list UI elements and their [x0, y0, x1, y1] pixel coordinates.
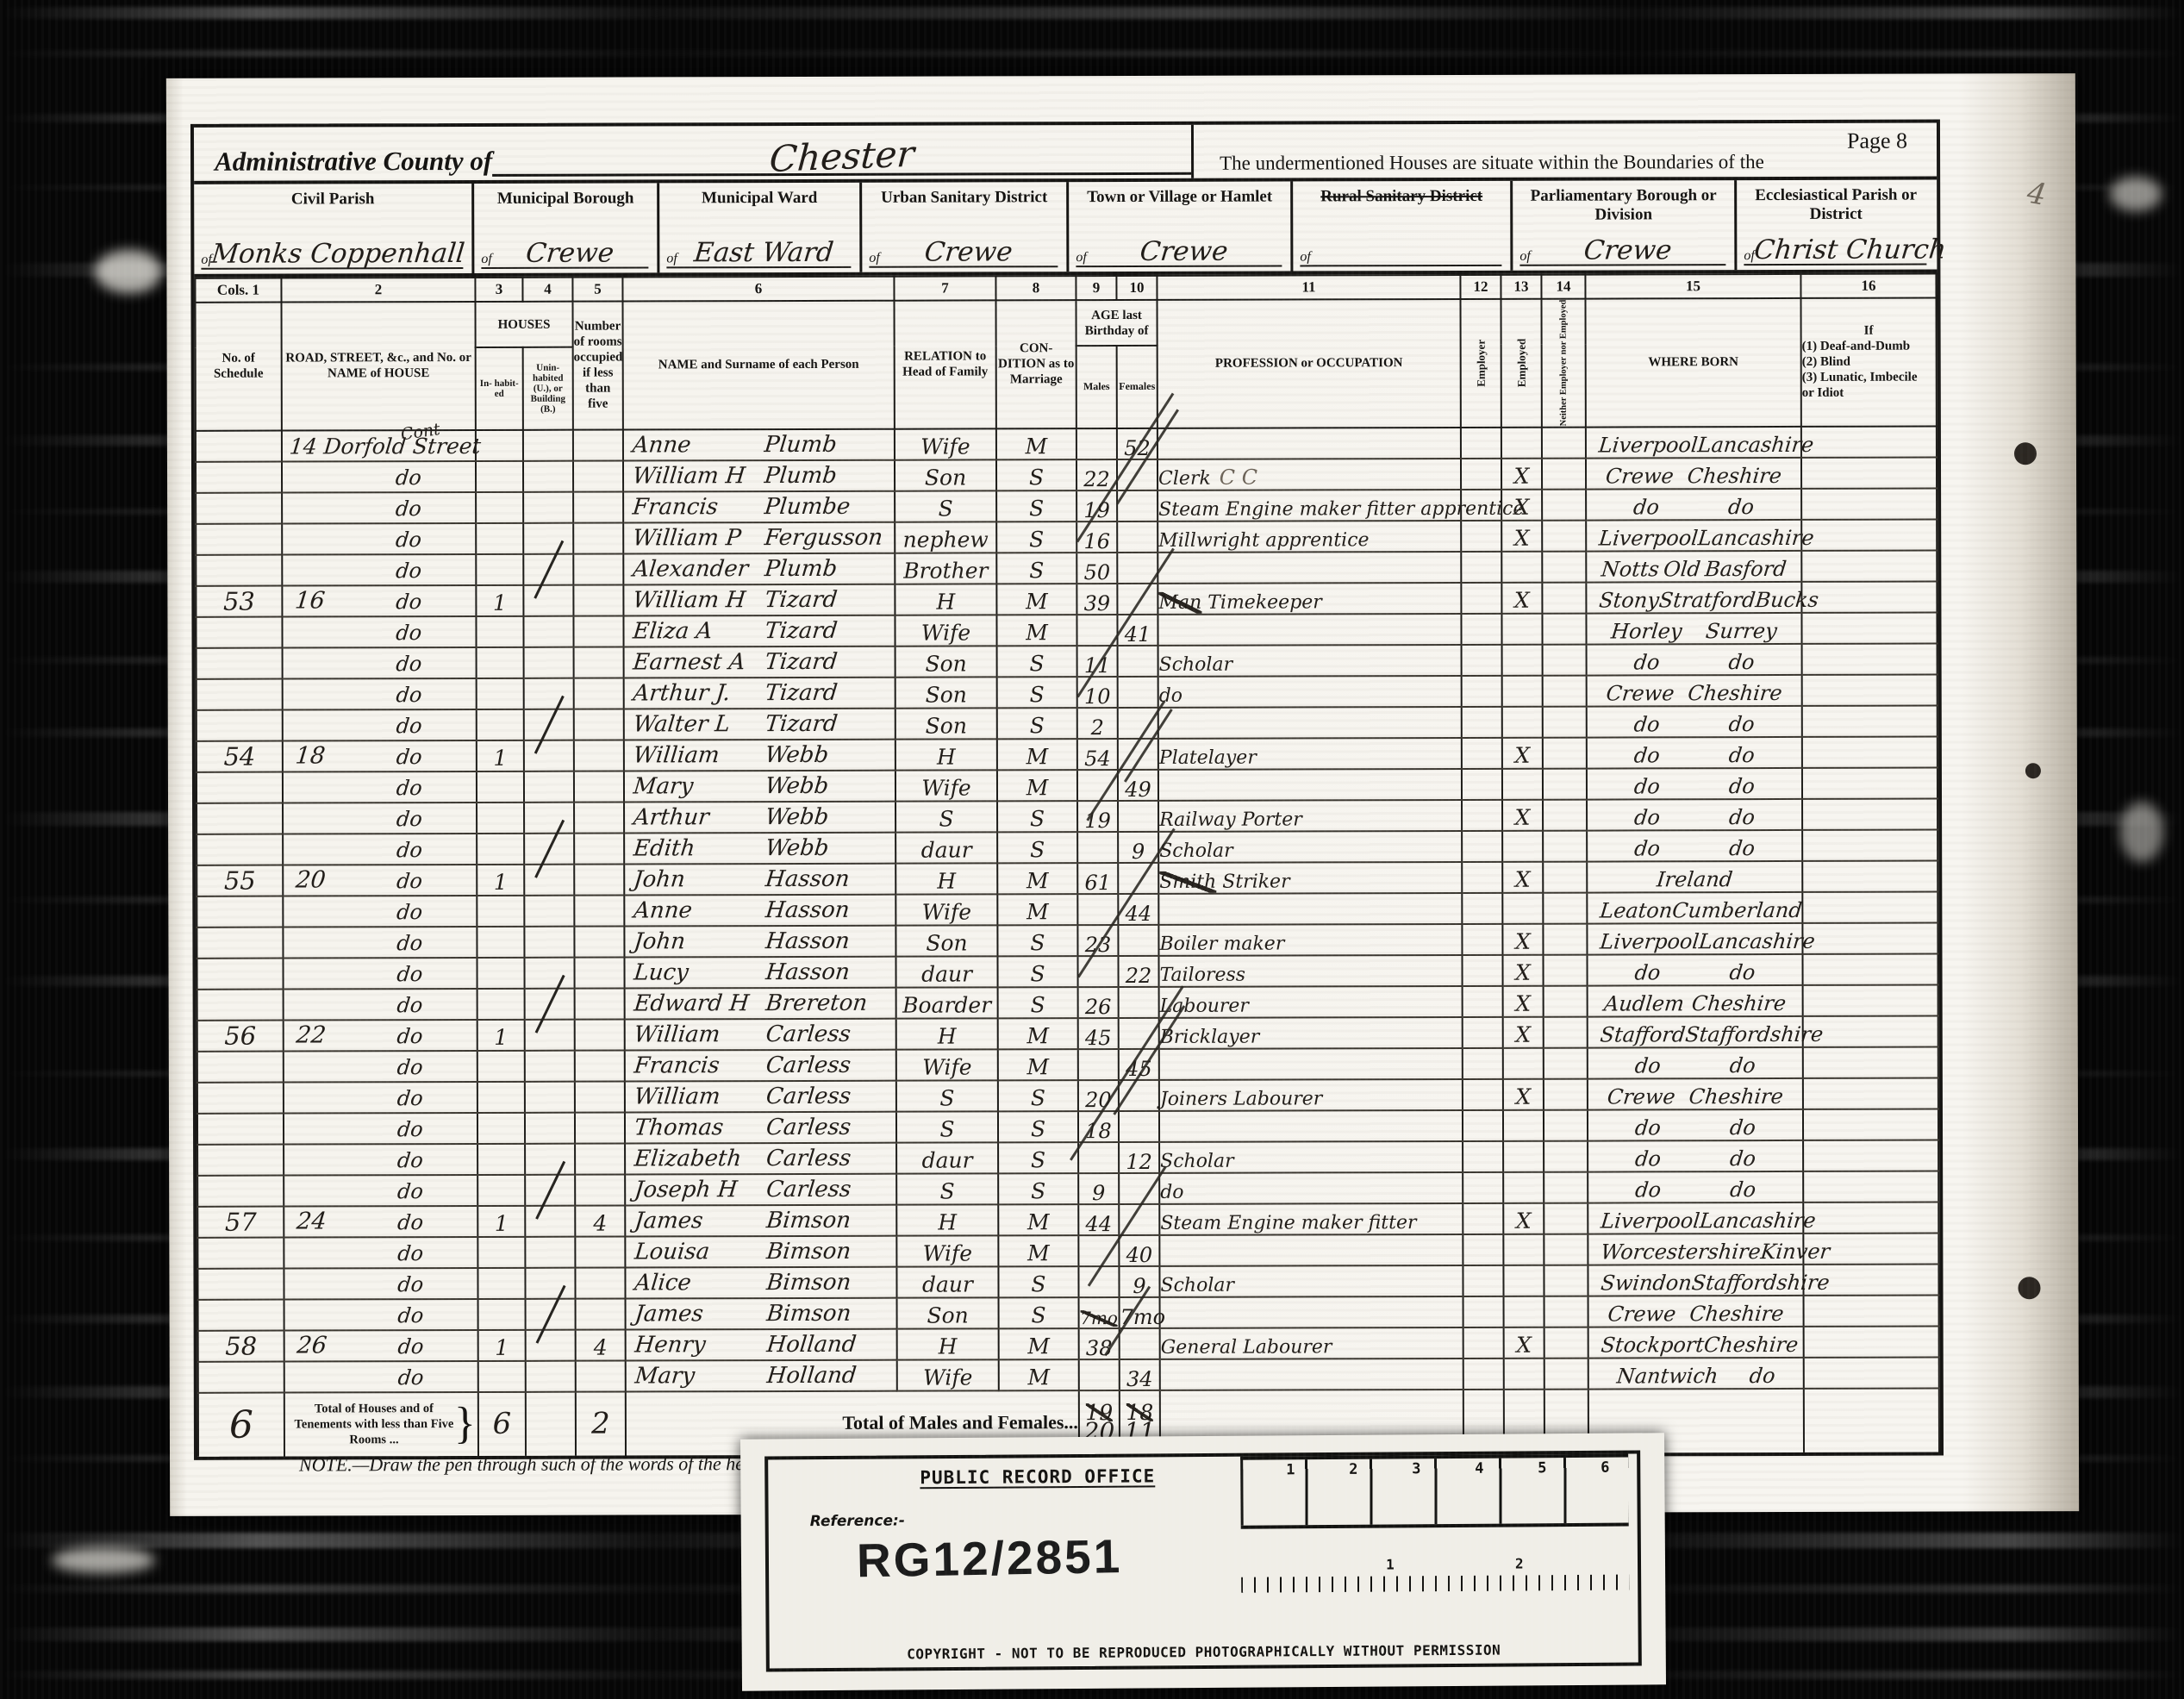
- pencil-mark: 4: [2025, 176, 2049, 213]
- column-number: 15: [1585, 274, 1800, 299]
- cell-schedule: [196, 430, 282, 461]
- cell-schedule: [197, 709, 283, 740]
- cell-infirmity: [1803, 1109, 1938, 1140]
- cell-name: AlexanderPlumb: [623, 553, 895, 584]
- of-label: of: [1300, 249, 1311, 265]
- column-headers-row: No. of ScheduleROAD, STREET, &c., and No…: [196, 298, 1937, 349]
- cell-neither: [1544, 1140, 1588, 1171]
- cell-where-born: dodo: [1588, 1109, 1803, 1141]
- cell-age-male: [1076, 615, 1117, 646]
- cell-address: 24do: [284, 1206, 477, 1238]
- cell-occupation: Steam Engine maker fitter apprentice: [1158, 490, 1461, 522]
- cell-age-male: [1077, 832, 1118, 863]
- stamp-scale-ruler: 12345612: [1240, 1454, 1629, 1595]
- ruler-inch-number: 2: [1349, 1461, 1357, 1478]
- cell-infirmity: [1804, 1326, 1939, 1357]
- district-label: Rural Sanitary District: [1293, 187, 1510, 207]
- cell-employed: X: [1502, 861, 1543, 892]
- cell-rooms: [574, 864, 624, 895]
- house-number: 18: [294, 742, 327, 769]
- cell-neither: [1542, 427, 1586, 458]
- cell-employed: X: [1502, 954, 1543, 985]
- census-row: doEarnest ATizardSonS11Scholardodo: [197, 643, 1938, 678]
- column-number: 9: [1076, 276, 1116, 300]
- cell-uninhabited: [525, 988, 575, 1019]
- cell-schedule: 56: [197, 1020, 284, 1051]
- header-employer: Employer: [1460, 299, 1501, 428]
- cell-condition: M: [998, 1204, 1078, 1235]
- cell-age-female: [1119, 1204, 1159, 1235]
- cell-rooms: [575, 1174, 625, 1205]
- cell-employed: X: [1501, 582, 1542, 613]
- cell-employer: [1463, 1203, 1503, 1234]
- scan-blob: [52, 1547, 155, 1573]
- cell-rooms: [575, 1112, 625, 1143]
- cell-employer: [1461, 521, 1501, 552]
- column-number: 5: [572, 278, 622, 302]
- cell-condition: S: [998, 1111, 1078, 1142]
- ditto-mark: do: [395, 683, 423, 707]
- cell-schedule: [197, 927, 283, 958]
- cell-occupation: [1159, 1110, 1463, 1142]
- header-condition: CON- DITION as to Marriage: [995, 300, 1076, 428]
- house-number: 20: [295, 866, 328, 893]
- house-number: 24: [296, 1208, 328, 1234]
- cell-age-male: [1077, 956, 1118, 987]
- cell-uninhabited: [523, 429, 573, 460]
- cell-age-female: [1119, 1111, 1159, 1142]
- ditto-mark: do: [395, 559, 423, 583]
- cell-infirmity: [1802, 891, 1938, 922]
- cell-employer: [1461, 428, 1501, 459]
- district-label: Civil Parish: [194, 190, 471, 209]
- house-number: 26: [296, 1332, 328, 1359]
- cell-name: LucyHasson: [624, 956, 895, 988]
- cell-occupation: [1160, 1296, 1463, 1328]
- cell-rooms: [575, 1143, 625, 1174]
- ditto-mark: do: [395, 621, 423, 645]
- cell-rooms: [575, 1081, 625, 1112]
- column-number: 4: [522, 278, 572, 302]
- cell-occupation: Bricklayer: [1159, 1017, 1463, 1049]
- cell-uninhabited: [525, 1143, 575, 1174]
- cell-inhabited: 1: [478, 1330, 526, 1361]
- cell-name: Walter LTizard: [624, 708, 895, 740]
- cell-infirmity: [1803, 1046, 1938, 1077]
- cell-address: do: [283, 709, 477, 741]
- cell-where-born: LiverpoolLancashire: [1586, 427, 1801, 459]
- census-row: 14 Dorfold StreetContAnnePlumbWifeM52Liv…: [196, 426, 1937, 461]
- house-number: 16: [294, 587, 327, 614]
- cell-rooms: [573, 522, 623, 553]
- district-value-line: of: [1300, 249, 1501, 267]
- district-label: Parliamentary Borough or Division: [1513, 186, 1734, 224]
- undermentioned-text: The undermentioned Houses are situate wi…: [1220, 151, 1764, 175]
- cell-rooms: [574, 646, 624, 678]
- cell-inhabited: 1: [477, 1020, 525, 1051]
- district-label: Town or Village or Hamlet: [1069, 187, 1290, 207]
- column-number: 3: [475, 278, 522, 302]
- cell-inhabited: [477, 927, 524, 958]
- scan-blob: [2120, 802, 2163, 862]
- cell-neither: [1544, 1296, 1588, 1327]
- cell-infirmity: [1803, 1202, 1938, 1233]
- cell-rooms: [573, 615, 623, 646]
- cell-condition: M: [996, 615, 1076, 646]
- cell-name: William HTizard: [623, 584, 895, 615]
- cell-neither: [1543, 954, 1587, 985]
- cell-infirmity: [1803, 1077, 1938, 1109]
- cell-age-female: [1118, 677, 1158, 708]
- ruler-inch-number: 1: [1286, 1461, 1295, 1478]
- district-value-line: ofCrewe: [1076, 239, 1282, 268]
- cell-address: 14 Dorfold StreetCont: [282, 430, 476, 462]
- cell-condition: M: [997, 863, 1077, 894]
- cell-condition: M: [997, 739, 1077, 770]
- cell-relation: daur: [895, 832, 997, 863]
- cell-name: ThomasCarless: [625, 1111, 896, 1143]
- cell-infirmity: [1803, 1171, 1938, 1202]
- cell-address: do: [284, 989, 477, 1021]
- cell-neither: [1542, 489, 1586, 520]
- cell-employer: [1462, 831, 1502, 862]
- cell-age-male: [1078, 1049, 1119, 1080]
- ditto-mark: do: [396, 993, 424, 1017]
- cell-schedule: [197, 1051, 284, 1082]
- ditto-mark: do: [396, 1334, 425, 1359]
- ditto-mark: do: [396, 1117, 424, 1141]
- cell-name: Edward HBrereton: [625, 987, 896, 1019]
- cell-neither: [1544, 1202, 1588, 1234]
- cell-age-male: 23: [1077, 925, 1118, 956]
- cell-employed: [1503, 1140, 1544, 1171]
- cell-condition: S: [997, 956, 1077, 987]
- cell-employer: [1463, 1017, 1503, 1048]
- cell-neither: [1543, 706, 1587, 737]
- cell-age-male: 38: [1079, 1328, 1120, 1359]
- cell-infirmity: [1801, 457, 1937, 488]
- cell-age-female: 9: [1119, 1266, 1159, 1297]
- cell-occupation: Scholar: [1159, 1265, 1463, 1297]
- cell-rooms: [574, 678, 624, 709]
- ruler-cm-number: 1: [1386, 1556, 1395, 1572]
- cell-employed: [1502, 706, 1543, 737]
- cell-address: do: [284, 1299, 478, 1331]
- cell-where-born: dodo: [1587, 737, 1802, 769]
- cell-name: Earnest ATizard: [624, 646, 895, 678]
- page-number: Page 8: [1847, 128, 1907, 154]
- ditto-mark: do: [396, 962, 424, 986]
- cell-schedule: [196, 523, 282, 554]
- cell-age-female: 22: [1118, 956, 1158, 987]
- cell-condition: M: [998, 1235, 1078, 1266]
- cell-rooms: [573, 584, 623, 615]
- cell-inhabited: 1: [477, 865, 524, 896]
- cell-employed: X: [1502, 923, 1543, 954]
- cell-schedule: [197, 1144, 284, 1175]
- total-inhabited: 6: [478, 1392, 526, 1456]
- census-row: doJohnHassonSonS23Boiler makerXLiverpool…: [197, 922, 1938, 958]
- cell-relation: nephew: [895, 522, 996, 553]
- census-row: doAnneHassonWifeM44LeatonCumberland: [197, 891, 1938, 927]
- cell-employed: [1502, 830, 1543, 861]
- cell-employed: [1503, 1234, 1544, 1265]
- cell-schedule: 55: [197, 865, 283, 896]
- subheader-uninhabited: Unin- habited (U.), or Building (B.): [523, 347, 573, 430]
- cell-uninhabited: [524, 864, 574, 895]
- scan-blob: [2110, 177, 2162, 211]
- cell-inhabited: 1: [477, 1206, 525, 1237]
- cell-condition: M: [999, 1328, 1079, 1359]
- cell-where-born: WorcestershireKinver: [1588, 1234, 1803, 1265]
- cell-address: do: [284, 1175, 477, 1207]
- cell-where-born: dodo: [1587, 954, 1802, 986]
- cell-schedule: [197, 958, 283, 989]
- cell-employer: [1461, 552, 1501, 583]
- cell-where-born: LiverpoolLancashire: [1588, 1202, 1803, 1234]
- cell-rooms: [574, 926, 624, 957]
- cell-age-female: 52: [1117, 428, 1158, 459]
- cell-condition: S: [997, 677, 1077, 708]
- cell-schedule: [196, 554, 282, 585]
- cell-occupation: Boiler maker: [1158, 924, 1462, 956]
- cell-schedule: 58: [198, 1330, 284, 1361]
- cell-condition: M: [996, 428, 1076, 459]
- cell-occupation: Steam Engine maker fitter: [1159, 1203, 1463, 1235]
- cell-age-male: [1079, 1359, 1120, 1390]
- cell-inhabited: [477, 1113, 525, 1144]
- cell-employer: [1462, 800, 1502, 831]
- cell-name: JamesBimson: [626, 1297, 897, 1329]
- cell-infirmity: [1802, 860, 1938, 891]
- cell-occupation: Joiners Labourer: [1159, 1079, 1463, 1111]
- ditto-mark: do: [394, 497, 422, 521]
- cell-age-female: [1117, 522, 1158, 553]
- cell-name: WilliamCarless: [625, 1018, 896, 1050]
- cell-age-female: [1117, 490, 1158, 522]
- census-row: doAlexanderPlumbBrotherS50NottsOldBasfor…: [196, 550, 1937, 585]
- cell-neither: [1544, 1234, 1588, 1265]
- cell-relation: S: [896, 1173, 998, 1204]
- cell-occupation: Tailoress: [1158, 955, 1462, 987]
- cell-schedule: [196, 461, 282, 492]
- column-number: 12: [1460, 275, 1501, 299]
- cell-employed: X: [1502, 737, 1543, 768]
- cell-occupation: General Labourer: [1160, 1327, 1463, 1359]
- cell-employer: [1463, 1265, 1503, 1296]
- cell-relation: S: [895, 801, 997, 832]
- cell-age-female: [1119, 1018, 1159, 1049]
- cell-rooms: [576, 1298, 626, 1329]
- cell-employed: X: [1504, 1327, 1544, 1358]
- district-label: Urban Sanitary District: [862, 188, 1066, 207]
- cell-age-male: 50: [1076, 553, 1117, 584]
- cell-condition: S: [997, 801, 1077, 832]
- cell-rooms: [575, 988, 625, 1019]
- cell-employer: [1463, 1296, 1504, 1327]
- district-cell-municipal-ward: Municipal WardofEast Ward: [659, 183, 862, 273]
- ditto-mark: do: [395, 807, 423, 831]
- cell-neither: [1544, 1109, 1588, 1140]
- cell-neither: [1543, 799, 1587, 830]
- cell-age-male: 16: [1076, 522, 1117, 553]
- cell-occupation: [1158, 614, 1461, 646]
- district-cell-town-or-village-or-hamlet: Town or Village or HamletofCrewe: [1069, 181, 1293, 272]
- cell-rooms: [575, 1019, 625, 1050]
- cell-address: 16do: [282, 585, 476, 617]
- cell-name: JohnHasson: [624, 925, 895, 957]
- punch-hole: [2018, 1277, 2040, 1299]
- ditto-mark: do: [395, 745, 423, 769]
- cell-age-female: [1120, 1328, 1160, 1359]
- cell-name: HenryHolland: [626, 1328, 897, 1360]
- ditto-mark: do: [396, 1179, 425, 1203]
- cell-age-female: 45: [1119, 1049, 1159, 1080]
- cell-age-female: [1119, 1173, 1159, 1204]
- cell-age-male: 39: [1076, 584, 1117, 615]
- census-row: doThomasCarlessSS18dodo: [197, 1109, 1938, 1144]
- cell-infirmity: [1803, 984, 1938, 1015]
- cell-employed: [1503, 1265, 1544, 1296]
- cell-infirmity: [1802, 798, 1938, 829]
- cell-employed: [1502, 892, 1543, 923]
- cell-relation: Wife: [895, 770, 997, 801]
- cell-inhabited: [477, 678, 524, 709]
- cell-address: do: [284, 1144, 477, 1176]
- cell-uninhabited: [525, 1236, 575, 1267]
- ditto-mark: do: [395, 590, 423, 614]
- cell-uninhabited: [525, 1174, 575, 1205]
- cell-inhabited: [478, 1299, 526, 1330]
- census-row: doEliza ATizardWifeM41HorleySurrey: [196, 612, 1937, 647]
- subheader-females: Females: [1117, 346, 1158, 428]
- cell-name: JamesBimson: [625, 1204, 896, 1236]
- cell-rooms: [575, 1267, 625, 1298]
- cell-age-male: [1077, 770, 1118, 801]
- cell-schedule: [197, 771, 283, 803]
- column-number: 16: [1800, 274, 1936, 298]
- cell-address: 18do: [283, 740, 477, 772]
- admin-county-value: Chester: [768, 138, 914, 176]
- cell-occupation: [1159, 1234, 1463, 1266]
- cell-employed: X: [1503, 1016, 1544, 1047]
- cell-condition: M: [997, 770, 1077, 801]
- cell-inhabited: [477, 896, 524, 927]
- cell-inhabited: [477, 989, 525, 1020]
- ditto-mark: do: [395, 714, 423, 738]
- cell-rooms: [576, 1360, 626, 1391]
- cell-relation: Son: [895, 646, 997, 677]
- cell-infirmity: [1801, 581, 1937, 612]
- cell-uninhabited: [524, 926, 574, 957]
- cell-age-male: 7mo: [1079, 1297, 1120, 1328]
- cell-where-born: NottsOldBasford: [1586, 551, 1801, 583]
- ditto-mark: do: [396, 1241, 425, 1265]
- cell-relation: Brother: [895, 553, 996, 584]
- cell-neither: [1544, 1047, 1588, 1078]
- census-row: doWilliamCarlessSS20Joiners LabourerXCre…: [197, 1077, 1938, 1113]
- district-label: Municipal Borough: [474, 189, 657, 208]
- cell-inhabited: [477, 958, 524, 989]
- cell-inhabited: [476, 554, 523, 585]
- district-value-line: ofCrewe: [1519, 237, 1725, 266]
- cell-infirmity: [1802, 643, 1938, 674]
- cell-relation: Wife: [896, 1235, 998, 1266]
- column-number: 6: [622, 277, 894, 302]
- district-cell-municipal-borough: Municipal BoroughofCrewe: [474, 183, 659, 273]
- cell-condition: S: [997, 646, 1077, 677]
- stamp-copyright-line: COPYRIGHT - NOT TO BE REPRODUCED PHOTOGR…: [770, 1640, 1638, 1663]
- cell-uninhabited: [524, 678, 574, 709]
- cell-inhabited: [477, 1237, 525, 1268]
- ditto-mark: do: [394, 465, 422, 490]
- cell-condition: S: [997, 708, 1077, 739]
- total-schedule: 6: [198, 1392, 284, 1456]
- ditto-mark: do: [396, 1365, 425, 1390]
- cell-schedule: [197, 1175, 284, 1206]
- census-row: doJoseph HCarlessSS9dododo: [197, 1171, 1938, 1206]
- cell-neither: [1544, 1358, 1588, 1389]
- census-row: doElizabethCarlessdaurS12Scholardodo: [197, 1140, 1938, 1175]
- cell-name: EdithWebb: [624, 832, 895, 864]
- cell-condition: S: [996, 459, 1076, 490]
- cell-where-born: StockportCheshire: [1588, 1327, 1804, 1359]
- cell-condition: M: [996, 584, 1076, 615]
- cell-relation: Wife: [896, 1049, 998, 1080]
- stamp-reference-number: RG12/2851: [856, 1528, 1122, 1588]
- cell-infirmity: [1801, 612, 1937, 643]
- cell-uninhabited: [524, 646, 574, 678]
- cell-condition: S: [996, 522, 1076, 553]
- cell-uninhabited: [523, 615, 573, 646]
- cell-address: 22do: [284, 1020, 477, 1052]
- cell-name: Arthur J.Tizard: [624, 677, 895, 709]
- cell-address: do: [282, 523, 476, 555]
- cell-uninhabited: [525, 1050, 575, 1081]
- district-label: Ecclesiastical Parish or District: [1737, 186, 1935, 224]
- cell-age-female: [1118, 863, 1158, 894]
- cell-employer: [1463, 1048, 1503, 1079]
- census-row: doEdithWebbdaurS9Scholardodo: [197, 829, 1938, 865]
- cell-where-born: dodo: [1588, 1171, 1803, 1203]
- cell-rooms: 4: [575, 1205, 625, 1236]
- cell-employer: [1462, 893, 1502, 924]
- scan-streak: [0, 7, 2184, 19]
- cell-occupation: ClerkC C: [1158, 459, 1461, 490]
- cell-neither: [1542, 613, 1586, 644]
- district-value-line: ofChrist Church: [1744, 237, 1926, 266]
- cell-condition: S: [998, 1266, 1078, 1297]
- cell-infirmity: [1802, 767, 1938, 798]
- census-row: doEdward HBreretonBoarderS26LabourerXAud…: [197, 984, 1938, 1020]
- column-number: Cols. 1: [195, 278, 281, 303]
- district-value: [1311, 265, 1502, 265]
- district-cell-urban-sanitary-district: Urban Sanitary DistrictofCrewe: [862, 182, 1069, 272]
- cell-name: AnneHasson: [624, 894, 895, 926]
- census-row: 5826do14HenryHollandHM38General Labourer…: [198, 1326, 1939, 1361]
- cell-employed: [1502, 675, 1543, 706]
- cell-rooms: [573, 553, 623, 584]
- cell-age-female: 44: [1118, 894, 1158, 925]
- cell-name: WilliamWebb: [624, 739, 895, 771]
- cell-employer: [1463, 1141, 1503, 1172]
- header-relation: RELATION to Head of Family: [894, 300, 995, 428]
- cell-rooms: [575, 1236, 625, 1267]
- cell-rooms: [573, 491, 623, 522]
- scan-streak: [0, 50, 2184, 57]
- cell-name: MaryHolland: [626, 1359, 897, 1391]
- cell-infirmity: [1804, 1295, 1939, 1326]
